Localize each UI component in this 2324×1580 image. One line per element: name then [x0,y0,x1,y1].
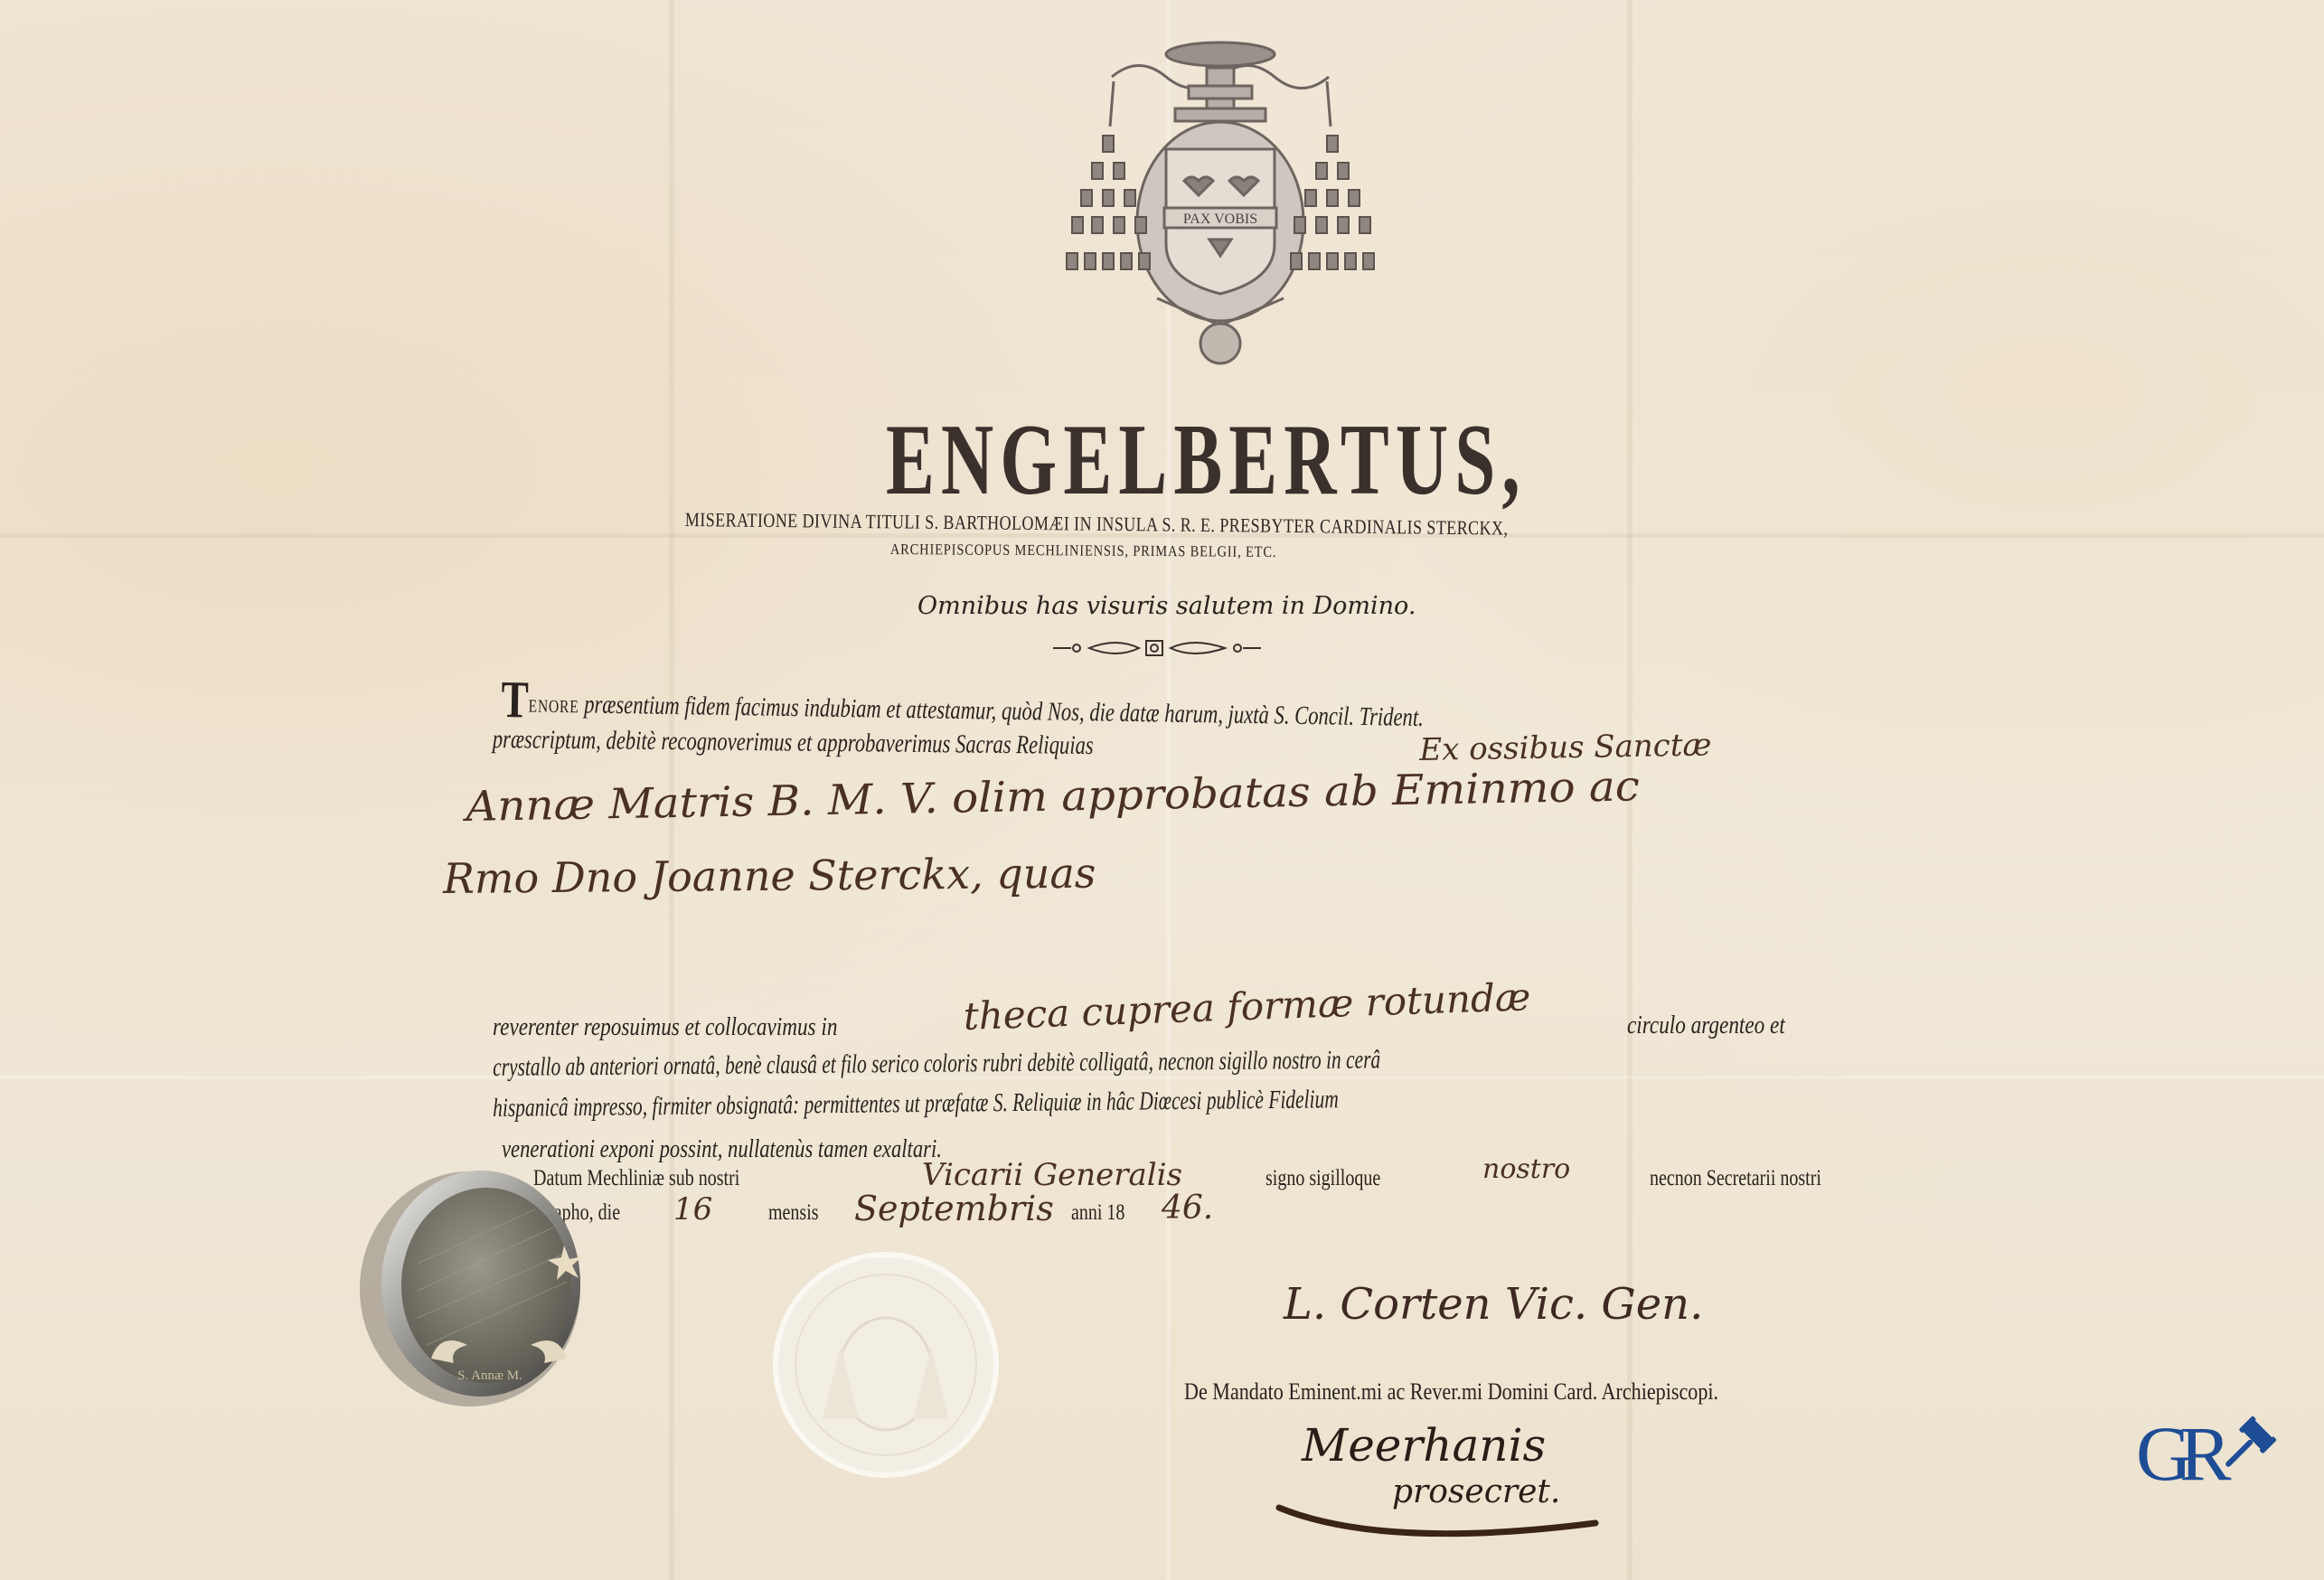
mandate-line: De Mandato Eminent.mi ac Rever.mi Domini… [1184,1378,1718,1406]
arms-motto: PAX VOBIS [1183,212,1257,227]
greeting-line: Omnibus has visuris salutem in Domino. [917,592,1416,620]
body-text: reverenter reposuimus et collocavimus in [493,1012,837,1041]
subtitle-line-2: ARCHIEPISCOPUS MECHLINIENSIS, PRIMAS BEL… [890,541,1277,561]
handwritten-text: theca cuprea formæ rotundæ [963,974,1531,1039]
body-line-5: reverenter reposuimus et collocavimus in [493,1012,837,1042]
gavel-icon [2215,1415,2278,1478]
handwritten-text: nostro [1482,1153,1570,1185]
handwritten-day: 16 [673,1191,712,1227]
small-caps-word: ENORE [528,696,579,717]
handwritten-text: Vicarii Generalis [922,1157,1182,1193]
handwritten-month: Septembris [854,1189,1054,1228]
auction-house-logo: GR [2129,1415,2282,1523]
body-text: præsentium fidem facimus indubiam et att… [584,690,1424,732]
handwritten-year: 46. [1162,1190,1213,1227]
body-text: necnon Secretarii nostri [1650,1166,1821,1191]
body-text: signo sigilloque [1265,1166,1380,1191]
logo-monogram: GR [2136,1410,2218,1497]
document-title: ENGELBERTUS, [886,402,1527,519]
handwritten-text: Annæ Matris B. M. V. olim approbatas ab … [466,761,1640,831]
handwritten-text: Rmo Dno Joanne Sterckx, quas [443,849,1096,903]
logo-letters: GR [2136,1415,2218,1492]
drop-cap: T [501,670,529,729]
body-text: circulo argenteo et [1627,1011,1785,1040]
reliquary-locket-icon: S. Annæ M. [354,1155,582,1408]
reliquary-inscription: S. Annæ M. [457,1368,522,1383]
embossed-seal-icon [768,1247,1003,1482]
signature-flourish-icon [1275,1500,1600,1555]
body-line-2: præscriptum, debitè recognoverimus et ap… [493,725,1094,761]
body-text: anni 18 [1071,1200,1124,1226]
body-line-7: hispanicâ impresso, firmiter obsignatâ: … [493,1085,1339,1124]
cardinal-coat-of-arms-icon: PAX VOBIS [1049,36,1392,389]
vicar-general-signature: L. Corten Vic. Gen. [1284,1279,1703,1330]
body-text: mensis [768,1200,819,1226]
secretary-signature: Meerhanis [1302,1419,1546,1472]
ornament-divider-icon [1053,637,1261,659]
